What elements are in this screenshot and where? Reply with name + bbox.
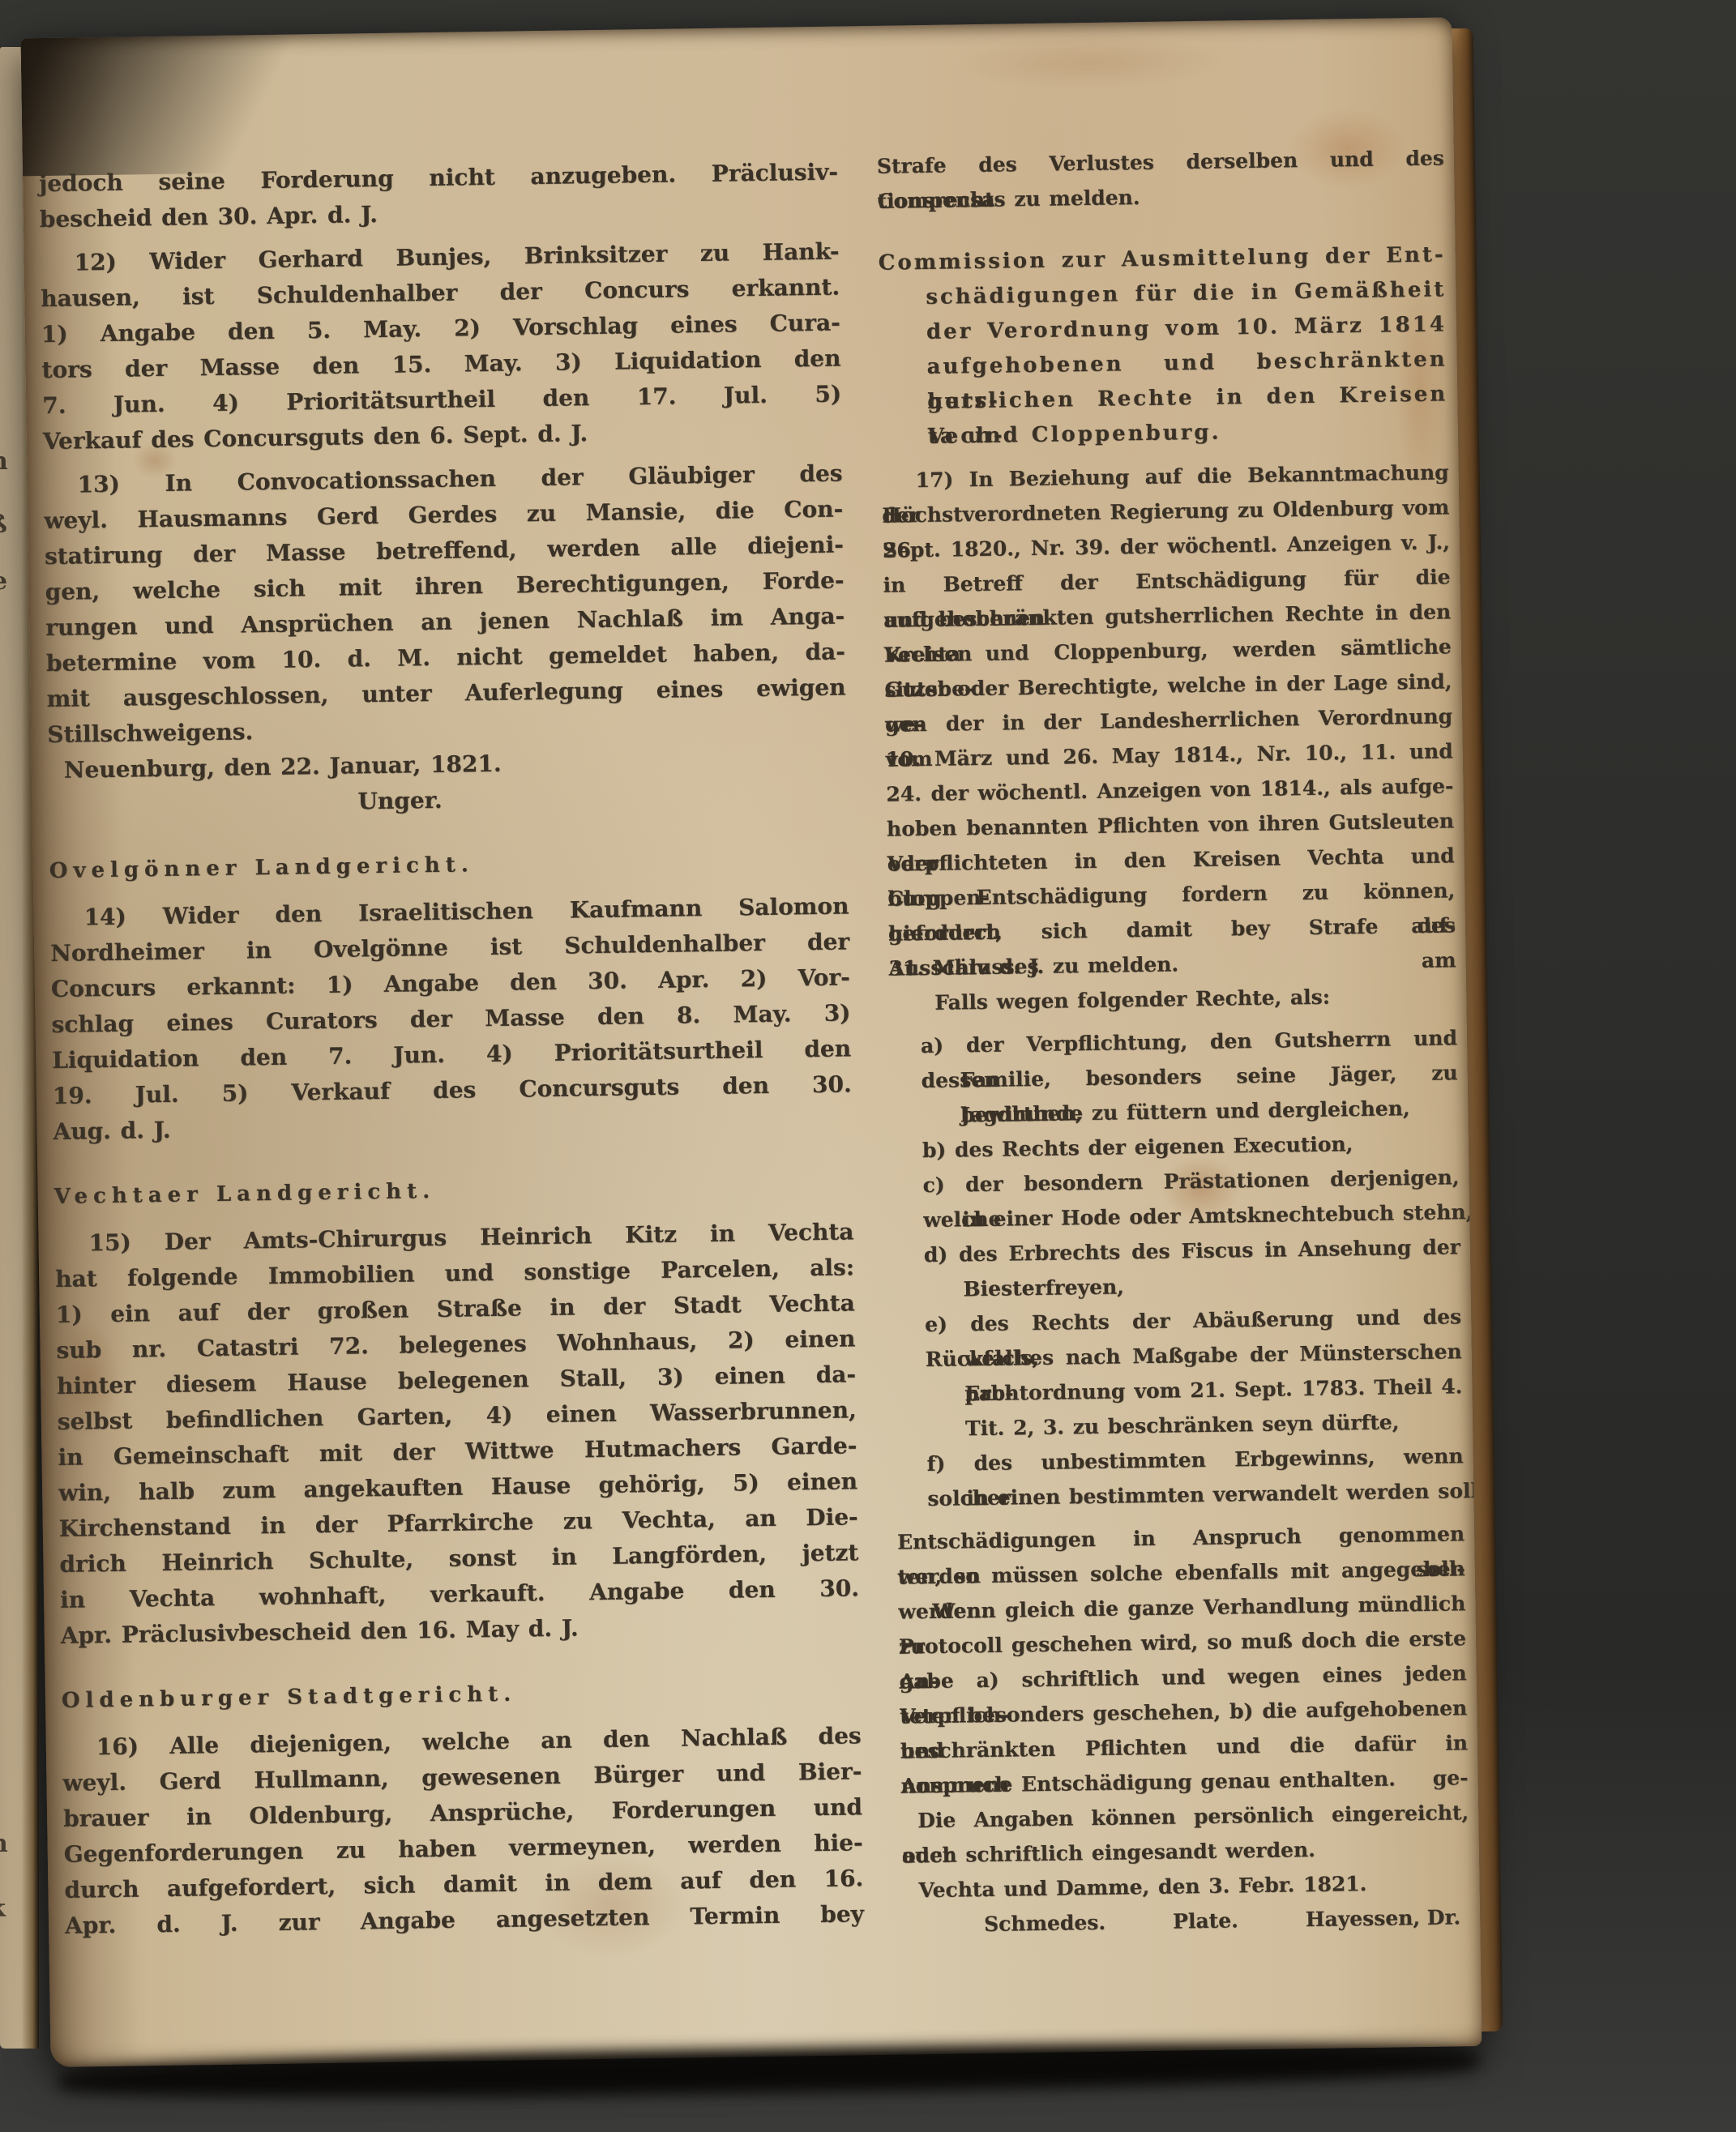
paragraph: 13) In Convocationssachen der Gläubiger … <box>43 455 847 824</box>
paragraph: Entschädigungen in Anspruch genommen wer… <box>897 1516 1470 1908</box>
signature: Plate. <box>1173 1903 1238 1938</box>
gutter-letter-fragment: n <box>0 1830 8 1858</box>
gutter-letter-fragment: e <box>0 567 7 596</box>
paragraph: Strafe des Verlustes derselben und des C… <box>877 140 1445 218</box>
text-line: gefordert, sich damit bey Strafe des Aus… <box>888 908 1456 951</box>
signature-row: Schmedes.Plate.Hayessen, Dr. <box>903 1899 1471 1942</box>
section-heading: Ovelgönner Landgericht. <box>49 841 849 889</box>
gutter-letter-fragment: ß <box>0 511 7 539</box>
section-heading: Vechtaer Landgericht. <box>53 1167 853 1215</box>
paragraph: 14) Wider den Israelitischen Kaufmann Sa… <box>49 888 852 1150</box>
gutter-letter-fragment: k <box>0 1895 6 1923</box>
paragraph: jedoch seine Forderung nicht anzugeben. … <box>39 154 839 237</box>
text-line: in einen bestimmten verwandelt werden so… <box>896 1473 1464 1516</box>
page-text: jedoch seine Forderung nicht anzugeben. … <box>32 138 1458 2067</box>
text-line: Falls wegen folgender Rechte, als: <box>889 977 1457 1020</box>
scanned-book-page: { "meta": { "kind": "historical printed … <box>0 0 1736 2132</box>
paper: jedoch seine Forderung nicht anzugeben. … <box>20 17 1482 2067</box>
text-line: tionsrechts zu melden. <box>877 175 1445 218</box>
section-heading: Oldenburger Stadtgericht. <box>62 1671 862 1719</box>
paragraph: 12) Wider Gerhard Bunjes, Brinksitzer zu… <box>40 233 842 459</box>
paragraph: a) der Verpflichtung, den Gutsherrn und … <box>890 1020 1464 1516</box>
paragraph: 16) Alle diejenigen, welche an den Nachl… <box>62 1718 864 1944</box>
commission-heading: Commission zur Ausmittelung der Ent-schä… <box>878 237 1448 455</box>
signature: Schmedes. <box>984 1905 1106 1942</box>
text-column-left: jedoch seine Forderung nicht anzugeben. … <box>39 146 865 1943</box>
gutter-letter-fragment: n <box>0 447 8 476</box>
signature: Hayessen, Dr. <box>1306 1899 1461 1937</box>
text-line: ta und Cloppenburg. <box>881 412 1449 455</box>
paragraph: 17) In Beziehung auf die Bekanntmachung … <box>881 455 1456 1020</box>
book-page: jedoch seine Forderung nicht anzugeben. … <box>20 17 1503 2074</box>
stain <box>953 32 1229 92</box>
paragraph: 15) Der Amts-Chirurgus Heinrich Kitz in … <box>54 1214 860 1654</box>
text-column-right: Strafe des Verlustes derselben und des C… <box>876 132 1470 1942</box>
